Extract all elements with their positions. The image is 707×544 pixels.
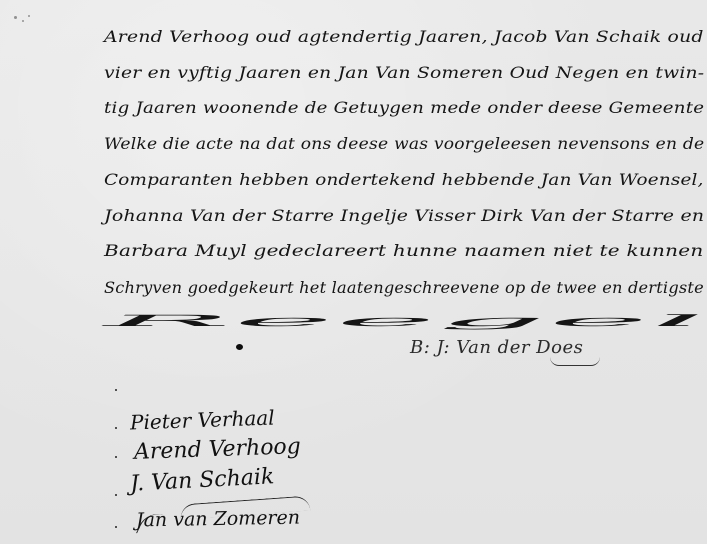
paper-speck <box>28 15 30 17</box>
margin-dot <box>115 427 117 429</box>
clerk-signature-flourish <box>550 357 600 366</box>
record-line-4: Welke die acte na dat ons deese was voor… <box>104 135 704 153</box>
record-line-3: tig Jaaren woonende de Getuygen mede ond… <box>104 99 704 117</box>
paper-speck <box>22 20 24 22</box>
record-line-6: Johanna Van der Starre Ingelje Visser Di… <box>104 207 704 225</box>
record-line-7: Barbara Muyl gedeclareert hunne naamen n… <box>104 242 704 260</box>
document-page: Arend Verhoog oud agtendertig Jaaren, Ja… <box>0 0 707 544</box>
ink-blot <box>236 344 243 350</box>
margin-dot <box>115 389 117 391</box>
record-line-8: Schryven goedgekeurt het laatengeschreev… <box>104 279 704 297</box>
margin-dot <box>115 526 117 528</box>
record-line-1: Arend Verhoog oud agtendertig Jaaren, Ja… <box>104 28 704 46</box>
record-line-2: vier en vyftig Jaaren en Jan Van Someren… <box>104 64 704 82</box>
witness-signature-2: Arend Verhoog <box>134 434 302 465</box>
paper-speck <box>14 16 17 19</box>
margin-dot <box>115 456 117 458</box>
record-line-5: Comparanten hebben ondertekend hebbende … <box>104 171 704 189</box>
clerk-signature: B: J: Van der Does <box>410 337 583 358</box>
margin-dot <box>115 494 117 496</box>
witness-signature-1: Pieter Verhaal <box>130 405 275 434</box>
record-line-9: Reegel <box>104 312 707 330</box>
witness-signature-3: J. Van Schaik <box>129 464 274 497</box>
